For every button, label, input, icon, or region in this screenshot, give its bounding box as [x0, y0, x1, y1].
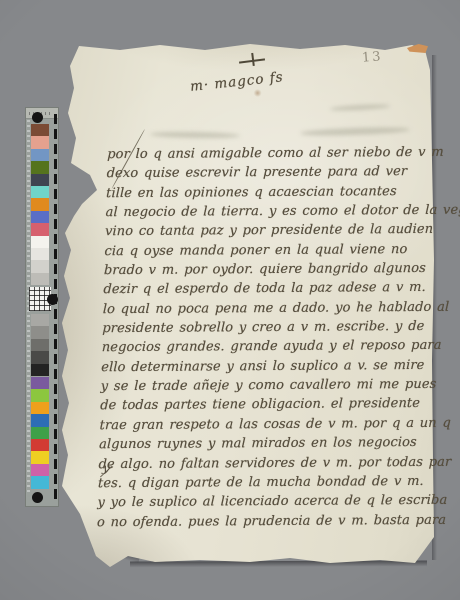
letter-line: negocios grandes. grande ayuda y el repo… — [101, 338, 438, 360]
color-swatch — [31, 211, 49, 223]
color-swatch — [31, 186, 49, 198]
color-swatch — [31, 427, 49, 439]
letter-line: tille en las opiniones q acaescian tocan… — [106, 183, 443, 205]
color-swatch — [31, 414, 49, 426]
letter-line: por lo q ansi amigable como al ser niebo… — [107, 145, 444, 167]
registration-dot-icon — [47, 294, 58, 305]
color-swatch — [31, 439, 49, 451]
color-calibration-bar — [25, 107, 59, 507]
color-swatch — [31, 149, 49, 161]
letter-line: de algo. no faltan servidores de v m. po… — [98, 454, 435, 476]
registration-dot-icon — [32, 112, 43, 123]
color-swatch — [31, 451, 49, 463]
color-swatch — [31, 326, 49, 338]
letter-line: al negocio de la tierra. y es como el do… — [105, 203, 442, 225]
color-swatch — [31, 236, 49, 248]
letter-line: dexo quise escrevir la presente para ad … — [106, 164, 443, 186]
letter-line: lo qual no poca pena me a dado. yo he ha… — [103, 300, 440, 322]
color-swatch — [31, 198, 49, 210]
letter-line: algunos ruynes y mal mirados en los nego… — [99, 435, 436, 457]
letter-line: brado v m. por oydor. quiere bangrido al… — [104, 261, 441, 283]
registration-dot-icon — [32, 492, 43, 503]
color-swatch — [31, 364, 49, 376]
letter-body: por lo q ansi amigable como al ser niebo… — [97, 145, 444, 534]
color-swatch — [31, 161, 49, 173]
swatch-column-bright — [31, 377, 49, 489]
letter-line: tes. q digan parte de la mucha bondad de… — [98, 474, 435, 496]
letter-line: vino co tanta paz y por presidente de la… — [105, 222, 442, 244]
paper-bottom-shadow — [130, 560, 427, 567]
folio-number: 13 — [362, 49, 384, 65]
color-swatch — [31, 174, 49, 186]
color-swatch — [31, 136, 49, 148]
color-swatch — [31, 124, 49, 136]
color-swatch — [31, 476, 49, 488]
letter-line: de todas partes tiene obligacion. el pre… — [100, 396, 437, 418]
color-swatch — [31, 273, 49, 285]
ruler-dashes — [54, 114, 57, 502]
cross-mark-icon — [239, 53, 265, 66]
color-swatch — [31, 339, 49, 351]
letter-line: dezir q el esperdo de toda la paz adese … — [103, 280, 440, 302]
letter-line: cia q oyse manda poner en la qual viene … — [104, 242, 441, 264]
photograph-of-manuscript: 13 m· magco fs por lo q ansi amigable co… — [0, 0, 460, 600]
color-swatch — [31, 260, 49, 272]
swatch-column-gray-ramp — [31, 314, 49, 376]
letter-line: ello determinarse y ansi lo suplico a v.… — [101, 358, 438, 380]
color-swatch — [31, 377, 49, 389]
letter-line: trae gran respeto a las cosas de v m. po… — [99, 416, 436, 438]
color-swatch — [31, 351, 49, 363]
color-swatch — [31, 464, 49, 476]
color-swatch — [31, 402, 49, 414]
color-swatch — [31, 223, 49, 235]
color-swatch — [31, 314, 49, 326]
letter-line: y se le trade añeje y como cavallero mi … — [100, 377, 437, 399]
letter-line: presidente sobrello y creo a v m. escrib… — [102, 319, 439, 341]
letter-line: o no ofenda. pues la prudencia de v m. b… — [97, 512, 434, 534]
color-swatch — [31, 248, 49, 260]
letter-line: y yo le suplico al licenciado acerca de … — [97, 493, 434, 515]
color-swatch — [31, 389, 49, 401]
swatch-column-top — [31, 124, 49, 285]
